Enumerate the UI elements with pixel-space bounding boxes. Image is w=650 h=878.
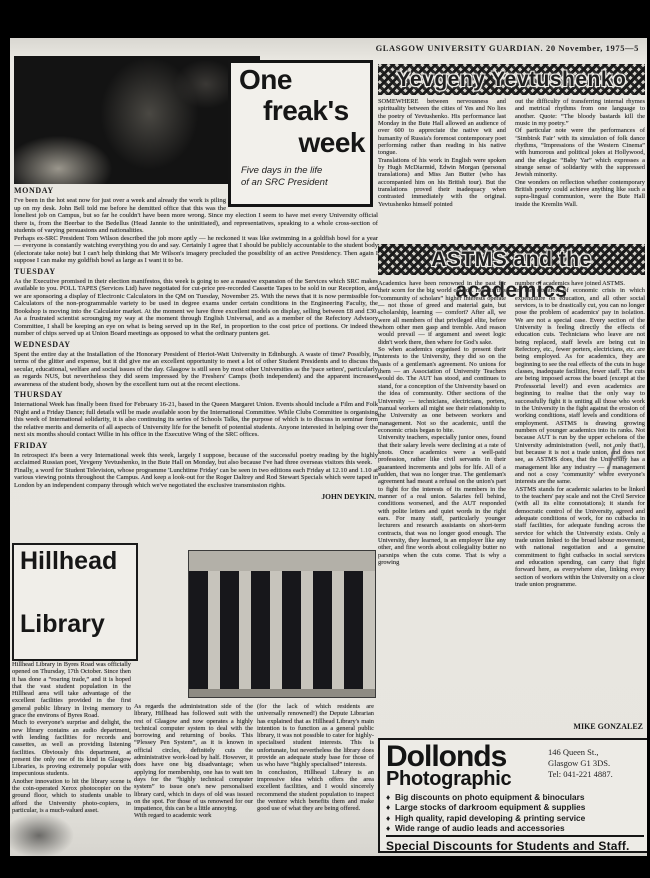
hillhead-text-1: Hillhead Library in Byres Road was offic…	[12, 661, 131, 814]
astms-text-2: number of academics have joined ASTMS. I…	[515, 280, 645, 588]
hillhead-column-3: (for the lack of which residents are uni…	[257, 703, 374, 855]
day-heading-tuesday: TUESDAY	[14, 267, 378, 277]
hillhead-text-3: (for the lack of which residents are uni…	[257, 703, 374, 812]
newspaper-sheet: GLASGOW UNIVERSITY GUARDIAN. 20 November…	[10, 38, 647, 856]
headline-wrap-spacer	[226, 184, 378, 206]
day-heading-friday: FRIDAY	[14, 441, 378, 451]
ad-divider	[386, 835, 644, 837]
day-text-monday: I've been in the hot seat now for just o…	[14, 197, 378, 265]
diary-article: MONDAY I've been in the hot seat now for…	[14, 184, 378, 530]
yevtushenko-column-2: out the difficulty of transferring inter…	[515, 98, 645, 239]
day-heading-thursday: THURSDAY	[14, 390, 378, 400]
diamond-bullet-icon: ♦	[386, 792, 395, 802]
diamond-bullet-icon: ♦	[386, 823, 395, 833]
ad-header: Dollonds Photographic 146 Queen St., Gla…	[386, 744, 644, 789]
ad-bullet-text: High quality, rapid developing & printin…	[395, 813, 585, 823]
scan-smudge	[10, 813, 74, 856]
ad-bullet-item: ♦Big discounts on photo equipment & bino…	[386, 792, 644, 802]
diamond-bullet-icon: ♦	[386, 813, 395, 823]
astms-column-2: number of academics have joined ASTMS. I…	[515, 280, 645, 720]
day-text-thursday: International Week has finally been fixe…	[14, 401, 378, 439]
diary-section-wednesday: WEDNESDAY Spent the entire day at the In…	[14, 340, 378, 389]
day-heading-wednesday: WEDNESDAY	[14, 340, 378, 350]
hillhead-column-2: As regards the administration side of th…	[134, 703, 253, 855]
ad-footer: Special Discounts for Students and Staff…	[386, 839, 644, 853]
masthead: GLASGOW UNIVERSITY GUARDIAN. 20 November…	[376, 43, 639, 53]
ad-bullet-item: ♦High quality, rapid developing & printi…	[386, 813, 644, 823]
ad-bullet-item: ♦Wide range of audio leads and accessori…	[386, 823, 644, 833]
astms-banner: ASTMS and the academics	[378, 244, 645, 275]
ad-bullet-text: Big discounts on photo equipment & binoc…	[395, 792, 584, 802]
diary-section-friday: FRIDAY In retrospect it's been a very In…	[14, 441, 378, 490]
headline-word-2: freak's	[263, 96, 349, 125]
ad-bullet-list: ♦Big discounts on photo equipment & bino…	[386, 792, 644, 833]
diary-section-tuesday: TUESDAY As the Executive promised in the…	[14, 267, 378, 338]
hillhead-headline-word-2: Library	[20, 611, 105, 637]
astms-column-1: Academics have been renowned in the past…	[378, 280, 506, 736]
day-text-friday: In retrospect it's been a very Internati…	[14, 452, 378, 490]
day-text-wednesday: Spent the entire day at the Installation…	[14, 351, 378, 389]
astms-byline: MIKE GONZALEZ	[515, 722, 643, 732]
ad-bullet-item: ♦Large stocks of darkroom equipment & su…	[386, 802, 644, 812]
src-president-photo	[14, 56, 260, 184]
diamond-bullet-icon: ♦	[386, 802, 395, 812]
yevtushenko-text-2: out the difficulty of transferring inter…	[515, 98, 645, 208]
scanned-newspaper-page: { "colors": { "paper": "#e7e5df", "ink":…	[0, 0, 650, 878]
hillhead-text-2: As regards the administration side of th…	[134, 703, 253, 820]
yevtushenko-banner-text: Yevgeny Yevtushenko	[397, 68, 627, 91]
astms-text-1: Academics have been renowned in the past…	[378, 280, 506, 566]
ad-address: 146 Queen St., Glasgow G1 3DS. Tel: 041-…	[548, 744, 644, 789]
diary-byline: JOHN DEYKIN.	[14, 492, 376, 501]
ad-name-line-1: Dollonds	[386, 744, 548, 769]
yevtushenko-text-1: SOMEWHERE between nervousness and spirit…	[378, 98, 506, 208]
library-photo	[188, 550, 376, 698]
headline-word-3: week	[299, 128, 366, 157]
day-text-tuesday: As the Executive promised in their elect…	[14, 278, 378, 338]
yevtushenko-banner: Yevgeny Yevtushenko	[378, 64, 645, 95]
hillhead-headline-box: Hillhead Library	[12, 543, 138, 661]
hillhead-headline-word-1: Hillhead	[20, 548, 117, 574]
ad-name-line-2: Photographic	[386, 769, 548, 789]
ad-bullet-text: Wide range of audio leads and accessorie…	[395, 823, 565, 833]
yevtushenko-column-1: SOMEWHERE between nervousness and spirit…	[378, 98, 506, 239]
ad-bullet-text: Large stocks of darkroom equipment & sup…	[395, 802, 585, 812]
ad-name-block: Dollonds Photographic	[386, 744, 548, 789]
diary-section-thursday: THURSDAY International Week has finally …	[14, 390, 378, 439]
dollonds-ad: Dollonds Photographic 146 Queen St., Gla…	[378, 738, 647, 853]
headline-word-1: One	[239, 65, 292, 94]
